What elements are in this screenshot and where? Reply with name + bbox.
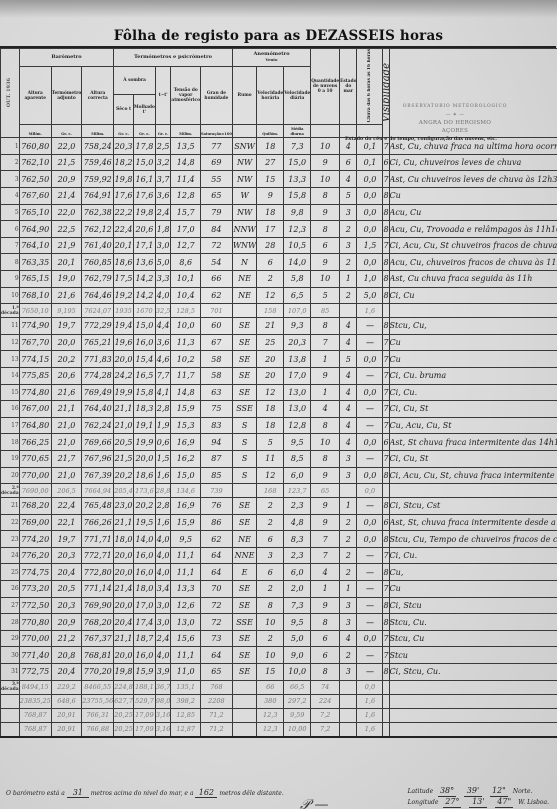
cell-rumo: SNW xyxy=(232,138,256,155)
cell-seco: 20,1 xyxy=(114,237,134,254)
cell-chuva: 0,0 xyxy=(357,351,383,368)
latitude-label: Latitude xyxy=(408,788,434,795)
cell-dif: 4,0 xyxy=(155,564,170,581)
cell-alt-ap: 764,90 xyxy=(19,221,51,238)
total-dif: 28,8 xyxy=(155,484,170,498)
cell-chuva: 0,0 xyxy=(357,204,383,221)
latitude-line: Latitude 38° 39' 12" Norte. xyxy=(408,786,549,797)
cell-chuva: — xyxy=(357,647,383,664)
longitude-label: Longitude xyxy=(408,799,439,806)
cell-chuva: 1,0 xyxy=(357,270,383,287)
cell-vd: 9,3 xyxy=(284,318,311,335)
cell-nuv: 4 xyxy=(311,401,340,418)
table-row: 3762,5020,9759,9219,816,13,711,455NW1513… xyxy=(1,171,557,188)
cell-chuva: — xyxy=(357,581,383,598)
table-row: 26773,2020,5771,1421,418,03,413,370SE22,… xyxy=(1,581,557,598)
cell-hum: 58 xyxy=(200,367,232,384)
month-chuva: 1,6 xyxy=(357,708,383,722)
cell-seco: 22,4 xyxy=(114,221,134,238)
cell-tens: 15,7 xyxy=(171,204,201,221)
total-nuv: 74 xyxy=(311,680,340,694)
wind-direction-header: Rumo xyxy=(232,67,256,125)
cell-term: 19,7 xyxy=(51,318,82,335)
cell-alt-cor: 764,40 xyxy=(82,401,114,418)
cell-tens: 13,5 xyxy=(171,138,201,155)
cell-tens: 9,5 xyxy=(171,531,201,548)
cell-alt-cor: 762,24 xyxy=(82,417,114,434)
cell-hum: 72 xyxy=(200,614,232,631)
unit-cell: Gr. c. xyxy=(133,125,155,138)
cell-seco: 20,0 xyxy=(114,351,134,368)
cell-molh: 13,6 xyxy=(133,254,155,271)
total-nuv: 85 xyxy=(311,304,340,318)
thermometers-group-header: Termómetros e psicrómetro xyxy=(114,49,233,67)
cell-molh: 16,5 xyxy=(133,367,155,384)
cell-alt-cor: 766,26 xyxy=(82,514,114,531)
cell-rumo: SSE xyxy=(232,401,256,418)
cell-nuv: 9 xyxy=(311,154,340,171)
cell-seco: 22,2 xyxy=(114,204,134,221)
cell-tens: 14,8 xyxy=(171,154,201,171)
sky-remarks: Ci, Cu. xyxy=(389,547,557,564)
latitude-minutes: 39' xyxy=(464,786,482,797)
cell-hum: 94 xyxy=(200,434,232,451)
cell-dif: 2,4 xyxy=(155,630,170,647)
cell-term: 22,0 xyxy=(51,138,82,155)
sky-remarks: Acu, Cu, Trovoada e relâmpagos às 11h10 xyxy=(389,221,557,238)
cell-hum: 77 xyxy=(200,138,232,155)
day-number: 30 xyxy=(1,647,20,664)
cell-vh: 12 xyxy=(257,467,284,484)
cell-hum: 76 xyxy=(200,498,232,515)
cell-seco: 21,1 xyxy=(114,630,134,647)
total-seco: 1935 xyxy=(114,304,134,318)
cell-molh: 14,2 xyxy=(133,270,155,287)
cell-vh: 2 xyxy=(257,630,284,647)
cell-nuv: 7 xyxy=(311,334,340,351)
day-number: 23 xyxy=(1,531,20,548)
shade-header: À sombra xyxy=(114,67,156,95)
cell-molh: 18,7 xyxy=(133,630,155,647)
cell-alt-ap: 776,20 xyxy=(19,547,51,564)
cell-nuv: 1 xyxy=(311,384,340,401)
month-nuv: 224 xyxy=(311,694,340,708)
decade-total-row: 3.ª década8494,15229,28466,55224,8188,13… xyxy=(1,680,557,694)
month-seco: 20,25 xyxy=(114,722,134,737)
cell-nuv: 9 xyxy=(311,254,340,271)
cell-nuv: 6 xyxy=(311,647,340,664)
cell-term: 21,0 xyxy=(51,434,82,451)
cell-vh: 20 xyxy=(257,367,284,384)
cell-rumo: SE xyxy=(232,647,256,664)
day-number: 26 xyxy=(1,581,20,598)
unit-cell: Gr. c. xyxy=(114,125,134,138)
cell-seco: 17,6 xyxy=(114,188,134,205)
cell-vh: 28 xyxy=(257,237,284,254)
month-dif: 3,16 xyxy=(155,722,170,737)
cell-term: 20,0 xyxy=(51,334,82,351)
cell-vh: 10 xyxy=(257,647,284,664)
longitude-seconds: 47" xyxy=(495,797,513,808)
total-nuv: 65 xyxy=(311,484,340,498)
sky-remarks: Cu, Acu, Cu, St xyxy=(389,417,557,434)
day-number: 20 xyxy=(1,467,20,484)
cell-alt-cor: 768,20 xyxy=(82,614,114,631)
cell-term: 21,4 xyxy=(51,188,82,205)
total-vh: 158 xyxy=(257,304,284,318)
cell-vh: 9 xyxy=(257,188,284,205)
cell-dif: 3,2 xyxy=(155,154,170,171)
cell-rumo: SE xyxy=(232,318,256,335)
table-row: 4767,6021,4764,9117,617,63,612,865W915,8… xyxy=(1,188,557,205)
empty-cell xyxy=(232,708,256,722)
cell-mar: 3 xyxy=(340,237,357,254)
cell-molh: 14,2 xyxy=(133,287,155,304)
cell-mar: 2 xyxy=(340,221,357,238)
cell-tens: 11,4 xyxy=(171,171,201,188)
cell-tens: 15,9 xyxy=(171,401,201,418)
empty-cell xyxy=(389,304,557,318)
stamp-divider: — ✶ — xyxy=(380,111,530,119)
cell-mar: 4 xyxy=(340,401,357,418)
cell-tens: 12,7 xyxy=(171,237,201,254)
cell-vh: 12 xyxy=(257,384,284,401)
cell-tens: 16,9 xyxy=(171,498,201,515)
cell-chuva: — xyxy=(357,614,383,631)
cell-rumo: NNE xyxy=(232,547,256,564)
cell-nuv: 7 xyxy=(311,547,340,564)
cell-molh: 16,0 xyxy=(133,547,155,564)
cell-rumo: W xyxy=(232,188,256,205)
table-row: 28770,8020,9768,2020,417,43,013,072SSE10… xyxy=(1,614,557,631)
cell-tens: 14,8 xyxy=(171,384,201,401)
cell-rumo: S xyxy=(232,467,256,484)
total-hum: 739 xyxy=(200,484,232,498)
cell-dif: 2,8 xyxy=(155,401,170,418)
empty-cell xyxy=(389,708,557,722)
cell-rumo: SE xyxy=(232,630,256,647)
unit-cell: Saturação=100 xyxy=(200,125,232,138)
stamp-region: AÇORES xyxy=(380,127,530,135)
day-number: 16 xyxy=(1,401,20,418)
cell-nuv: 9 xyxy=(311,367,340,384)
footnote-middle: metros acima do nivel do mar, e a xyxy=(91,790,194,797)
total-chuva: 0,0 xyxy=(357,484,383,498)
cell-alt-cor: 771,71 xyxy=(82,531,114,548)
cell-nuv: 8 xyxy=(311,188,340,205)
unit-cell: Gr. c. xyxy=(51,125,82,138)
cell-alt-cor: 765,21 xyxy=(82,334,114,351)
cell-mar: 2 xyxy=(340,647,357,664)
cell-term: 20,3 xyxy=(51,597,82,614)
total-vd: 66,5 xyxy=(284,680,311,694)
decade-total-row: 1.ª década7650,109,1957624,071935167032,… xyxy=(1,304,557,318)
longitude-line: Longitude 27° 13' 47" W. Lisboa. xyxy=(408,797,549,808)
table-row: 15774,8021,6769,4919,915,84,114,863SE121… xyxy=(1,384,557,401)
cell-hum: 65 xyxy=(200,188,232,205)
cell-hum: 55 xyxy=(200,171,232,188)
cell-alt-ap: 770,00 xyxy=(19,467,51,484)
cell-alt-ap: 770,00 xyxy=(19,630,51,647)
table-row: 25774,7520,4772,8020,016,04,011,164E66,0… xyxy=(1,564,557,581)
sky-remarks: Ci, Cu xyxy=(389,287,557,304)
cell-vd: 2,0 xyxy=(284,581,311,598)
cell-nuv: 8 xyxy=(311,614,340,631)
month-molh: 17,09 xyxy=(133,722,155,737)
sky-remarks: Cu, xyxy=(389,564,557,581)
vapor-tension-header: Tensão do vapor atmosférico xyxy=(171,67,201,125)
month-total-row: 768,8720,91766,3120,2517,093,1612,8571,2… xyxy=(1,708,557,722)
cell-alt-ap: 772,75 xyxy=(19,664,51,681)
cell-vd: 9,8 xyxy=(284,204,311,221)
cell-alt-ap: 773,20 xyxy=(19,581,51,598)
cell-vd: 8,5 xyxy=(284,450,311,467)
sky-remarks: Stcu, Cu, Tempo de chuveiros fracos de c… xyxy=(389,531,557,548)
cell-alt-cor: 760,85 xyxy=(82,254,114,271)
cell-molh: 15,0 xyxy=(133,154,155,171)
corrected-height-header: Altura correcta xyxy=(82,67,114,125)
register-sheet: OUT. 1936 Barómetro Termómetros e psicró… xyxy=(0,46,556,788)
unit-cell: Milím. xyxy=(171,125,201,138)
total-alt-cor: 7664,94 xyxy=(82,484,114,498)
cell-seco: 20,5 xyxy=(114,434,134,451)
month-nuv: 7,2 xyxy=(311,722,340,737)
cell-vd: 17,0 xyxy=(284,367,311,384)
table-row: 18766,2521,0769,6620,519,90,616,994S59,5… xyxy=(1,434,557,451)
day-number: 3 xyxy=(1,171,20,188)
cell-alt-cor: 772,80 xyxy=(82,564,114,581)
empty-cell xyxy=(389,722,557,737)
month-vd: 297,2 xyxy=(284,694,311,708)
total-seco: 205,4 xyxy=(114,484,134,498)
cell-vh: 5 xyxy=(257,434,284,451)
sky-remarks: Cu xyxy=(389,581,557,598)
cell-hum: 73 xyxy=(200,630,232,647)
month-total-row: 23835,25648,623755,56627,7529,798,0398,2… xyxy=(1,694,557,708)
cell-nuv: 10 xyxy=(311,434,340,451)
cell-dif: 4,0 xyxy=(155,647,170,664)
month-hum: 2208 xyxy=(200,694,232,708)
day-number: 15 xyxy=(1,384,20,401)
page-title: Fôlha de registo para as DEZASSEIS horas xyxy=(0,28,557,44)
cell-alt-ap: 762,50 xyxy=(19,171,51,188)
cell-alt-cor: 774,28 xyxy=(82,367,114,384)
observatory-stamp: OBSERVATORIO METEOROLOGICO — ✶ — ANGRA D… xyxy=(380,103,530,135)
cell-tens: 11,3 xyxy=(171,334,201,351)
cell-tens: 11,1 xyxy=(171,647,201,664)
cell-chuva: — xyxy=(357,664,383,681)
day-number: 10 xyxy=(1,287,20,304)
table-row: 17764,8021,0762,2421,019,11,915,383S1812… xyxy=(1,417,557,434)
cell-term: 22,5 xyxy=(51,221,82,238)
cell-term: 20,3 xyxy=(51,547,82,564)
cell-seco: 19,2 xyxy=(114,287,134,304)
cell-alt-ap: 760,80 xyxy=(19,138,51,155)
cell-hum: 72 xyxy=(200,237,232,254)
cell-rumo: N xyxy=(232,254,256,271)
cell-dif: 4,1 xyxy=(155,384,170,401)
cell-seco: 20,0 xyxy=(114,647,134,664)
cell-dif: 3,4 xyxy=(155,581,170,598)
cell-term: 21,9 xyxy=(51,237,82,254)
cell-nuv: 9 xyxy=(311,514,340,531)
cell-vh: 6 xyxy=(257,531,284,548)
cell-tens: 11,1 xyxy=(171,547,201,564)
cell-seco: 19,4 xyxy=(114,318,134,335)
cell-alt-cor: 770,20 xyxy=(82,664,114,681)
empty-cell xyxy=(232,484,256,498)
cell-alt-ap: 765,15 xyxy=(19,270,51,287)
cell-alt-ap: 767,00 xyxy=(19,401,51,418)
wet-bulb-header: Molhado t' xyxy=(133,95,155,125)
cell-dif: 3,9 xyxy=(155,664,170,681)
cell-mar: 4 xyxy=(340,334,357,351)
cell-dif: 4,6 xyxy=(155,351,170,368)
cell-mar: 5 xyxy=(340,351,357,368)
cell-molh: 20,0 xyxy=(133,450,155,467)
cell-molh: 19,8 xyxy=(133,204,155,221)
cell-alt-cor: 767,39 xyxy=(82,467,114,484)
cell-dif: 3,6 xyxy=(155,334,170,351)
total-alt-ap: 7650,10 xyxy=(19,304,51,318)
cell-rumo: S xyxy=(232,450,256,467)
cell-vd: 9,5 xyxy=(284,614,311,631)
empty-cell xyxy=(340,722,357,737)
cell-rumo: SE xyxy=(232,351,256,368)
wind-label: Vento xyxy=(265,57,277,62)
cell-dif: 4,0 xyxy=(155,547,170,564)
cell-mar: 2 xyxy=(340,254,357,271)
latitude-direction: Norte. xyxy=(513,788,533,795)
cell-term: 22,1 xyxy=(51,514,82,531)
month-vh: 12,3 xyxy=(257,708,284,722)
cell-rumo: SE xyxy=(232,384,256,401)
cell-mar: 4 xyxy=(340,318,357,335)
cell-term: 20,9 xyxy=(51,614,82,631)
cell-alt-cor: 771,14 xyxy=(82,581,114,598)
cell-alt-cor: 762,38 xyxy=(82,204,114,221)
month-seco: 627,7 xyxy=(114,694,134,708)
day-number: 24 xyxy=(1,547,20,564)
cell-nuv: 9 xyxy=(311,204,340,221)
cell-vh: 10 xyxy=(257,614,284,631)
cell-seco: 21,4 xyxy=(114,581,134,598)
footnote-suffix: metros dêle distante. xyxy=(219,790,283,797)
cell-molh: 16,0 xyxy=(133,647,155,664)
day-number: 6 xyxy=(1,221,20,238)
sky-remarks: Cu xyxy=(389,351,557,368)
cell-rumo: SE xyxy=(232,664,256,681)
cell-hum: 72 xyxy=(200,597,232,614)
cell-molh: 16,0 xyxy=(133,334,155,351)
cell-mar: 2 xyxy=(340,287,357,304)
decade-total-row: 2.ª década7690,00206,57664,94205,4173,62… xyxy=(1,484,557,498)
cell-rumo: E xyxy=(232,564,256,581)
cell-term: 21,1 xyxy=(51,401,82,418)
weather-register-table: OUT. 1936 Barómetro Termómetros e psicró… xyxy=(0,48,557,738)
cell-seco: 20,4 xyxy=(114,614,134,631)
cell-mar: 3 xyxy=(340,467,357,484)
cell-term: 20,6 xyxy=(51,367,82,384)
cell-vh: 8 xyxy=(257,597,284,614)
empty-cell xyxy=(389,484,557,498)
day-number: 29 xyxy=(1,630,20,647)
cell-molh: 20,6 xyxy=(133,221,155,238)
cell-tens: 11,0 xyxy=(171,664,201,681)
cell-alt-ap: 765,10 xyxy=(19,204,51,221)
apparent-height-header: Altura aparente xyxy=(19,67,51,125)
month-molh: 529,7 xyxy=(133,694,155,708)
cell-dif: 2,4 xyxy=(155,204,170,221)
cell-hum: 62 xyxy=(200,287,232,304)
table-row: 11774,9019,7772,2919,415,04,410,060SE219… xyxy=(1,318,557,335)
cell-vd: 5,8 xyxy=(284,270,311,287)
cell-alt-ap: 770,65 xyxy=(19,450,51,467)
empty-cell xyxy=(232,680,256,694)
cell-rumo: NE xyxy=(232,270,256,287)
month-seco: 20,25 xyxy=(114,708,134,722)
cell-tens: 10,4 xyxy=(171,287,201,304)
empty-cell xyxy=(232,722,256,737)
cell-term: 20,4 xyxy=(51,664,82,681)
empty-cell xyxy=(340,304,357,318)
cell-mar: 4 xyxy=(340,417,357,434)
cell-dif: 3,0 xyxy=(155,237,170,254)
total-molh: 188,1 xyxy=(133,680,155,694)
stamp-city: ANGRA DO HEROISMO xyxy=(380,119,530,127)
remarks-column-title: Estado do céu e do tempo, configuração d… xyxy=(290,136,552,142)
cell-mar: 4 xyxy=(340,384,357,401)
day-number: 13 xyxy=(1,351,20,368)
cell-rumo: S xyxy=(232,417,256,434)
day-number: 31 xyxy=(1,664,20,681)
cell-seco: 18,6 xyxy=(114,254,134,271)
unit-cell: Milím. xyxy=(19,125,51,138)
coordinates-block: Latitude 38° 39' 12" Norte. Longitude 27… xyxy=(408,786,549,808)
cell-hum: 83 xyxy=(200,417,232,434)
cell-nuv: 8 xyxy=(311,318,340,335)
cell-vh: 21 xyxy=(257,318,284,335)
cell-hum: 85 xyxy=(200,467,232,484)
cell-dif: 3,0 xyxy=(155,597,170,614)
cell-nuv: 1 xyxy=(311,581,340,598)
day-number: 7 xyxy=(1,237,20,254)
cell-dif: 4,0 xyxy=(155,531,170,548)
cell-mar: 2 xyxy=(340,514,357,531)
cell-hum: 70 xyxy=(200,581,232,598)
cell-dif: 2,5 xyxy=(155,138,170,155)
cell-chuva: — xyxy=(357,417,383,434)
total-chuva: 1,6 xyxy=(357,304,383,318)
cell-chuva: 0,0 xyxy=(357,531,383,548)
empty-cell xyxy=(389,680,557,694)
cell-mar: 3 xyxy=(340,614,357,631)
cell-tens: 15,6 xyxy=(171,630,201,647)
cell-molh: 20,2 xyxy=(133,498,155,515)
empty-cell xyxy=(232,694,256,708)
cell-alt-cor: 772,71 xyxy=(82,547,114,564)
cell-seco: 17,5 xyxy=(114,270,134,287)
cell-seco: 23,0 xyxy=(114,498,134,515)
cell-alt-ap: 774,90 xyxy=(19,318,51,335)
cell-mar: 3 xyxy=(340,664,357,681)
cell-hum: 66 xyxy=(200,270,232,287)
cell-nuv: 10 xyxy=(311,171,340,188)
cell-chuva: — xyxy=(357,318,383,335)
cell-seco: 20,0 xyxy=(114,597,134,614)
cell-alt-cor: 771,83 xyxy=(82,351,114,368)
cell-chuva: 0,0 xyxy=(357,254,383,271)
